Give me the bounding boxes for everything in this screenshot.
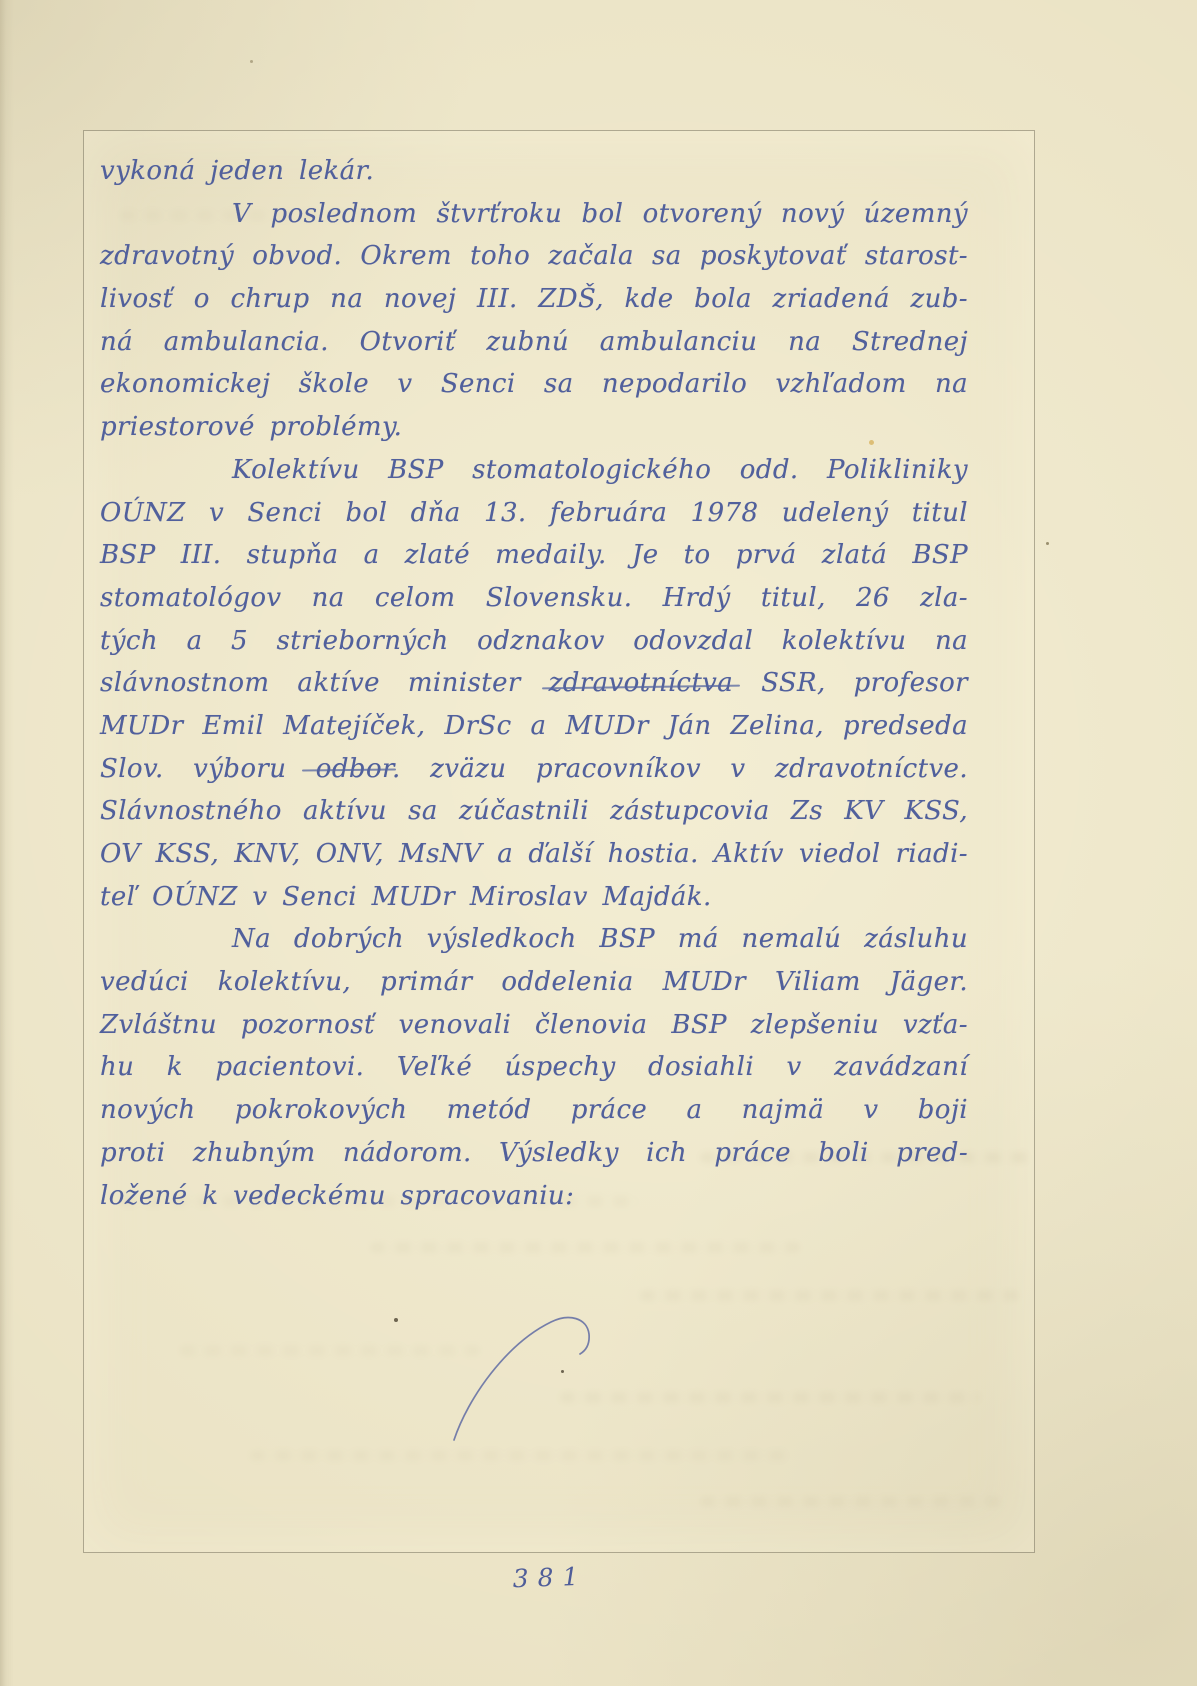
handwriting-line: proti zhubným nádorom. Výsledky ich prác… [100, 1132, 968, 1175]
handwriting-line: MUDr Emil Matejíček, DrSc a MUDr Ján Zel… [100, 705, 968, 748]
manuscript-text-block: vykoná jeden lekár. V poslednom štvrťrok… [100, 150, 968, 1217]
chronicle-page: { "document": { "type": "handwritten chr… [0, 0, 1197, 1686]
bleed-through-mark [180, 1345, 480, 1356]
handwriting-line: OV KSS, KNV, ONV, MsNV a ďalší hostia. A… [100, 833, 968, 876]
handwriting-line: V poslednom štvrťroku bol otvorený nový … [100, 193, 968, 236]
handwriting-line: ná ambulancia. Otvoriť zubnú ambulanciu … [100, 321, 968, 364]
handwriting-line: livosť o chrup na novej III. ZDŠ, kde bo… [100, 278, 968, 321]
handwriting-line: teľ OÚNZ v Senci MUDr Miroslav Majdák. [100, 876, 968, 919]
handwriting-line: stomatológov na celom Slovensku. Hrdý ti… [100, 577, 968, 620]
page-number: 381 [505, 1561, 596, 1593]
foxing-speck [250, 60, 253, 63]
handwriting-line: Slávnostného aktívu sa zúčastnili zástup… [100, 790, 968, 833]
handwriting-line: ložené k vedeckému spracovaniu: [100, 1175, 968, 1218]
bleed-through-mark [700, 1496, 1000, 1507]
handwriting-line: BSP III. stupňa a zlaté medaily. Je to p… [100, 534, 968, 577]
handwriting-line: vedúci kolektívu, primár oddelenia MUDr … [100, 961, 968, 1004]
handwriting-line: Kolektívu BSP stomatologického odd. Poli… [100, 449, 968, 492]
bleed-through-mark [640, 1290, 1020, 1301]
handwriting-line: ekonomickej škole v Senci sa nepodarilo … [100, 363, 968, 406]
bleed-through-mark [370, 1242, 800, 1253]
handwriting-line: nových pokrokových metód práce a najmä v… [100, 1089, 968, 1132]
handwriting-line: tých a 5 strieborných odznakov odovzdal … [100, 620, 968, 663]
bleed-through-mark [560, 1392, 980, 1403]
handwriting-line: vykoná jeden lekár. [100, 150, 968, 193]
handwriting-line: hu k pacientovi. Veľké úspechy dosiahli … [100, 1046, 968, 1089]
pen-flourish-stroke [438, 1302, 608, 1452]
foxing-speck [394, 1318, 398, 1322]
foxing-speck [1046, 542, 1049, 545]
handwriting-line: priestorové problémy. [100, 406, 968, 449]
handwriting-line: Zvláštnu pozornosť venovali členovia BSP… [100, 1004, 968, 1047]
handwriting-line: Na dobrých výsledkoch BSP má nemalú zásl… [100, 918, 968, 961]
handwriting-line: slávnostnom aktíve minister zdravotníctv… [100, 662, 968, 705]
handwriting-line: Slov. výboru odbor. zväzu pracovníkov v … [100, 748, 968, 791]
handwriting-line: zdravotný obvod. Okrem toho začala sa po… [100, 235, 968, 278]
handwriting-line: OÚNZ v Senci bol dňa 13. februára 1978 u… [100, 492, 968, 535]
